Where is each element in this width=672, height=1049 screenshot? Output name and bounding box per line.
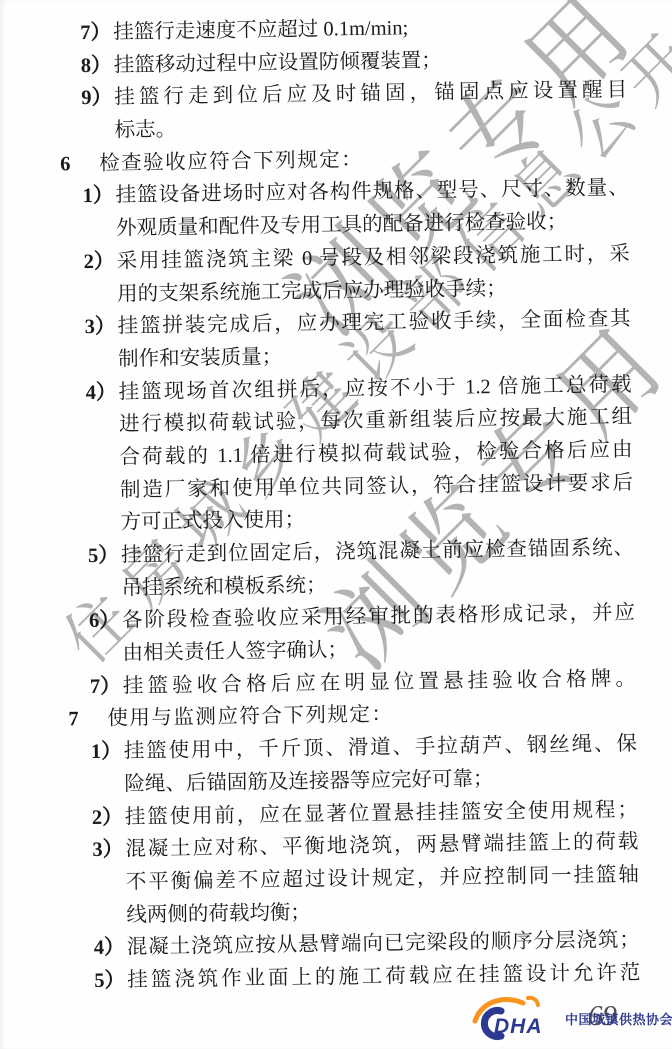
item-marker: 9）	[81, 82, 114, 115]
item-marker: 7）	[80, 17, 113, 50]
item-marker: 4）	[94, 932, 127, 965]
line-text: 使用与监测应符合下列规定：	[107, 699, 393, 736]
line-text: 挂篮浇筑作业面上的施工荷载应在挂篮设计允许范	[127, 957, 640, 997]
item-marker: 1）	[91, 736, 124, 769]
line-text: 检查验收应符合下列规定：	[99, 144, 363, 181]
item-marker: 5）	[94, 964, 127, 997]
item-marker: 1）	[82, 180, 115, 213]
item-marker: 5）	[88, 540, 121, 573]
association-logo: DHA 中国城镇供热协会	[470, 994, 672, 1042]
item-marker: 3）	[84, 311, 117, 344]
association-name: 中国城镇供热协会	[565, 1009, 672, 1028]
item-marker: 6	[60, 148, 99, 181]
item-marker: 7）	[90, 670, 123, 703]
document-lines: 7）挂篮行走速度不应超过 0.1m/min;8）挂篮移动过程中应设置防倾覆装置；…	[58, 9, 640, 998]
logo-small-arc-icon	[528, 998, 538, 1005]
list-item-line: 5）挂篮浇筑作业面上的施工荷载应在挂篮设计允许范	[72, 957, 640, 998]
scanned-document-page: 住房城乡建设部信息公开 浏览专用 浏览专用 7）挂篮行走速度不应超过 0.1m/…	[0, 0, 672, 1049]
item-marker: 6）	[89, 605, 122, 638]
item-marker: 8）	[81, 49, 114, 82]
item-marker: 3）	[92, 834, 125, 867]
item-marker: 7	[68, 703, 107, 736]
dha-logo-mark: DHA	[470, 994, 562, 1042]
logo-abbr-text: DHA	[494, 1015, 543, 1038]
item-marker: 4）	[85, 376, 118, 409]
item-marker: 2）	[92, 801, 125, 834]
item-marker: 2）	[83, 245, 116, 278]
